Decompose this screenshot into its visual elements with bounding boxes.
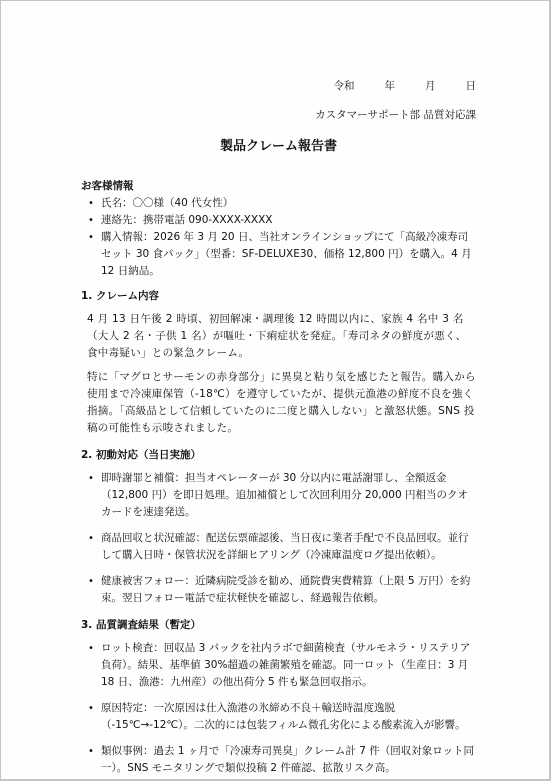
department: カスタマーサポート部 品質対応課 xyxy=(81,107,476,124)
list-item: 類似事例：過去 1 ヶ月で「冷凍寿司異臭」クレーム計 7 件（回収対象ロット同一… xyxy=(101,743,476,777)
date-day-label: 日 xyxy=(466,78,477,95)
document-body: お客様情報 氏名：〇〇様（40 代女性） 連絡先：携帯電話 090-XXXX-X… xyxy=(81,178,476,783)
customer-purchase-info: 購入情報：2026 年 3 月 20 日、当社オンラインショップにて「高級冷凍寿… xyxy=(101,229,476,280)
section3-list: ロット検査：回収品 3 パックを社内ラボで細菌検査（サルモネラ・リステリア負荷）… xyxy=(81,640,476,777)
section1-paragraph: 特に「マグロとサーモンの赤身部分」に異臭と粘り気を感じたと報告。購入から使用まで… xyxy=(87,369,476,437)
document-title: 製品クレーム報告書 xyxy=(81,138,476,155)
customer-info-list: 氏名：〇〇様（40 代女性） 連絡先：携帯電話 090-XXXX-XXXX 購入… xyxy=(81,195,476,280)
list-item: 健康被害フォロー：近隣病院受診を勧め、通院費実費精算（上限 5 万円）を約束。翌… xyxy=(101,573,476,607)
customer-info-heading: お客様情報 xyxy=(81,178,476,195)
customer-contact: 連絡先：携帯電話 090-XXXX-XXXX xyxy=(101,212,476,229)
section3-heading: 3. 品質調査結果（暫定） xyxy=(81,617,476,634)
list-item: 即時謝罪と補償：担当オペレーターが 30 分以内に電話謝罪し、全額返金（12,8… xyxy=(101,470,476,521)
customer-name: 氏名：〇〇様（40 代女性） xyxy=(101,195,476,212)
list-item: ロット検査：回収品 3 パックを社内ラボで細菌検査（サルモネラ・リステリア負荷）… xyxy=(101,640,476,691)
document-page: 令和年月日 カスタマーサポート部 品質対応課 製品クレーム報告書 お客様情報 氏… xyxy=(0,0,551,781)
section1-paragraph: 4 月 13 日午後 2 時頃、初回解凍・調理後 12 時間以内に、家族 4 名… xyxy=(87,311,476,362)
list-item: 商品回収と状況確認：配送伝票確認後、当日夜に業者手配で不良品回収。並行して購入日… xyxy=(101,530,476,564)
date-era: 令和 xyxy=(334,78,355,95)
section2-list: 即時謝罪と補償：担当オペレーターが 30 分以内に電話謝罪し、全額返金（12,8… xyxy=(81,470,476,607)
date-month-label: 月 xyxy=(425,78,436,95)
date-year-label: 年 xyxy=(385,78,396,95)
section2-heading: 2. 初動対応（当日実施） xyxy=(81,447,476,464)
section1-heading: 1. クレーム内容 xyxy=(81,288,476,305)
list-item: 原因特定：一次原因は仕入漁港の氷締め不良＋輸送時温度逸脱（-15℃→-12℃）。… xyxy=(101,700,476,734)
report-date: 令和年月日 xyxy=(81,78,476,95)
